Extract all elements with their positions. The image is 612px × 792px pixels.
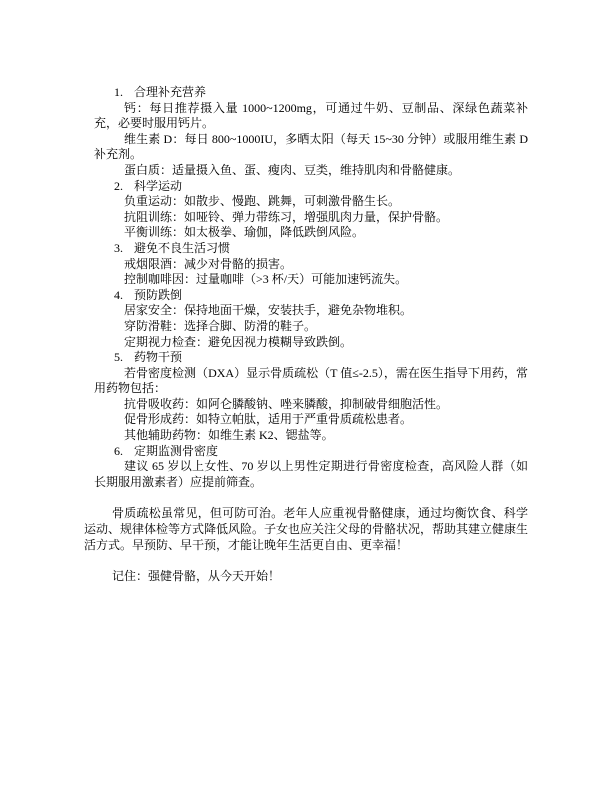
- list-item-medication: 5.药物干预 若骨密度检测（DXA）显示骨质疏松（T 值≤-2.5），需在医生指…: [84, 350, 528, 444]
- list-item-heading: 3.避免不良生活习惯: [114, 241, 528, 257]
- list-item-exercise: 2.科学运动 负重运动：如散步、慢跑、跳舞，可刺激骨骼生长。 抗阻训练：如哑铃、…: [84, 179, 528, 241]
- list-item-paragraph: 负重运动：如散步、慢跑、跳舞，可刺激骨骼生长。: [94, 194, 528, 210]
- list-item-paragraph: 戒烟限酒：减少对骨骼的损害。: [94, 257, 528, 273]
- list-item-number: 4.: [114, 288, 134, 304]
- list-item-heading: 6.定期监测骨密度: [114, 444, 528, 460]
- list-item-number: 1.: [114, 85, 134, 101]
- list-item-paragraph: 控制咖啡因：过量咖啡（>3 杯/天）可能加速钙流失。: [94, 272, 528, 288]
- list-item-title: 避免不良生活习惯: [134, 241, 230, 255]
- list-item-heading: 2.科学运动: [114, 179, 528, 195]
- list-item-paragraph: 钙：每日推荐摄入量 1000~1200mg，可通过牛奶、豆制品、深绿色蔬菜补充，…: [94, 101, 528, 132]
- list-item-paragraph: 平衡训练：如太极拳、瑜伽，降低跌倒风险。: [94, 225, 528, 241]
- document-content: 1.合理补充营养 钙：每日推荐摄入量 1000~1200mg，可通过牛奶、豆制品…: [84, 85, 528, 585]
- list-item-paragraph: 若骨密度检测（DXA）显示骨质疏松（T 值≤-2.5），需在医生指导下用药，常用…: [94, 366, 528, 397]
- list-item-title: 药物干预: [134, 350, 182, 364]
- closing-paragraph: 骨质疏松虽常见，但可防可治。老年人应重视骨骼健康，通过均衡饮食、科学运动、规律体…: [84, 506, 528, 553]
- list-item-paragraph: 促骨形成药：如特立帕肽，适用于严重骨质疏松患者。: [94, 412, 528, 428]
- list-item-paragraph: 其他辅助药物：如维生素 K2、锶盐等。: [94, 428, 528, 444]
- list-item-paragraph: 维生素 D：每日 800~1000IU，多晒太阳（每天 15~30 分钟）或服用…: [94, 132, 528, 163]
- list-item-paragraph: 抗骨吸收药：如阿仑膦酸钠、唑来膦酸，抑制破骨细胞活性。: [94, 397, 528, 413]
- final-note: 记住：强健骨骼，从今天开始！: [84, 569, 528, 585]
- list-item-paragraph: 蛋白质：适量摄入鱼、蛋、瘦肉、豆类，维持肌肉和骨骼健康。: [94, 163, 528, 179]
- list-item-number: 5.: [114, 350, 134, 366]
- list-item-fall-prevention: 4.预防跌倒 居家安全：保持地面干燥，安装扶手，避免杂物堆积。 穿防滑鞋：选择合…: [84, 288, 528, 350]
- list-item-number: 6.: [114, 444, 134, 460]
- list-item-title: 合理补充营养: [134, 85, 206, 99]
- list-item-title: 定期监测骨密度: [134, 444, 218, 458]
- list-item-paragraph: 居家安全：保持地面干燥，安装扶手，避免杂物堆积。: [94, 303, 528, 319]
- list-item-bone-density-monitoring: 6.定期监测骨密度 建议 65 岁以上女性、70 岁以上男性定期进行骨密度检查，…: [84, 444, 528, 491]
- list-item-heading: 5.药物干预: [114, 350, 528, 366]
- list-item-paragraph: 抗阻训练：如哑铃、弹力带练习，增强肌肉力量，保护骨骼。: [94, 210, 528, 226]
- list-item-nutrition: 1.合理补充营养 钙：每日推荐摄入量 1000~1200mg，可通过牛奶、豆制品…: [84, 85, 528, 179]
- list-item-title: 科学运动: [134, 179, 182, 193]
- list-item-heading: 4.预防跌倒: [114, 288, 528, 304]
- list-item-paragraph: 定期视力检查：避免因视力模糊导致跌倒。: [94, 335, 528, 351]
- list-item-paragraph: 穿防滑鞋：选择合脚、防滑的鞋子。: [94, 319, 528, 335]
- list-item-number: 2.: [114, 179, 134, 195]
- list-item-number: 3.: [114, 241, 134, 257]
- list-item-bad-habits: 3.避免不良生活习惯 戒烟限酒：减少对骨骼的损害。 控制咖啡因：过量咖啡（>3 …: [84, 241, 528, 288]
- document-page: 1.合理补充营养 钙：每日推荐摄入量 1000~1200mg，可通过牛奶、豆制品…: [0, 0, 612, 792]
- list-item-heading: 1.合理补充营养: [114, 85, 528, 101]
- list-item-title: 预防跌倒: [134, 288, 182, 302]
- list-item-paragraph: 建议 65 岁以上女性、70 岁以上男性定期进行骨密度检查，高风险人群（如长期服…: [94, 459, 528, 490]
